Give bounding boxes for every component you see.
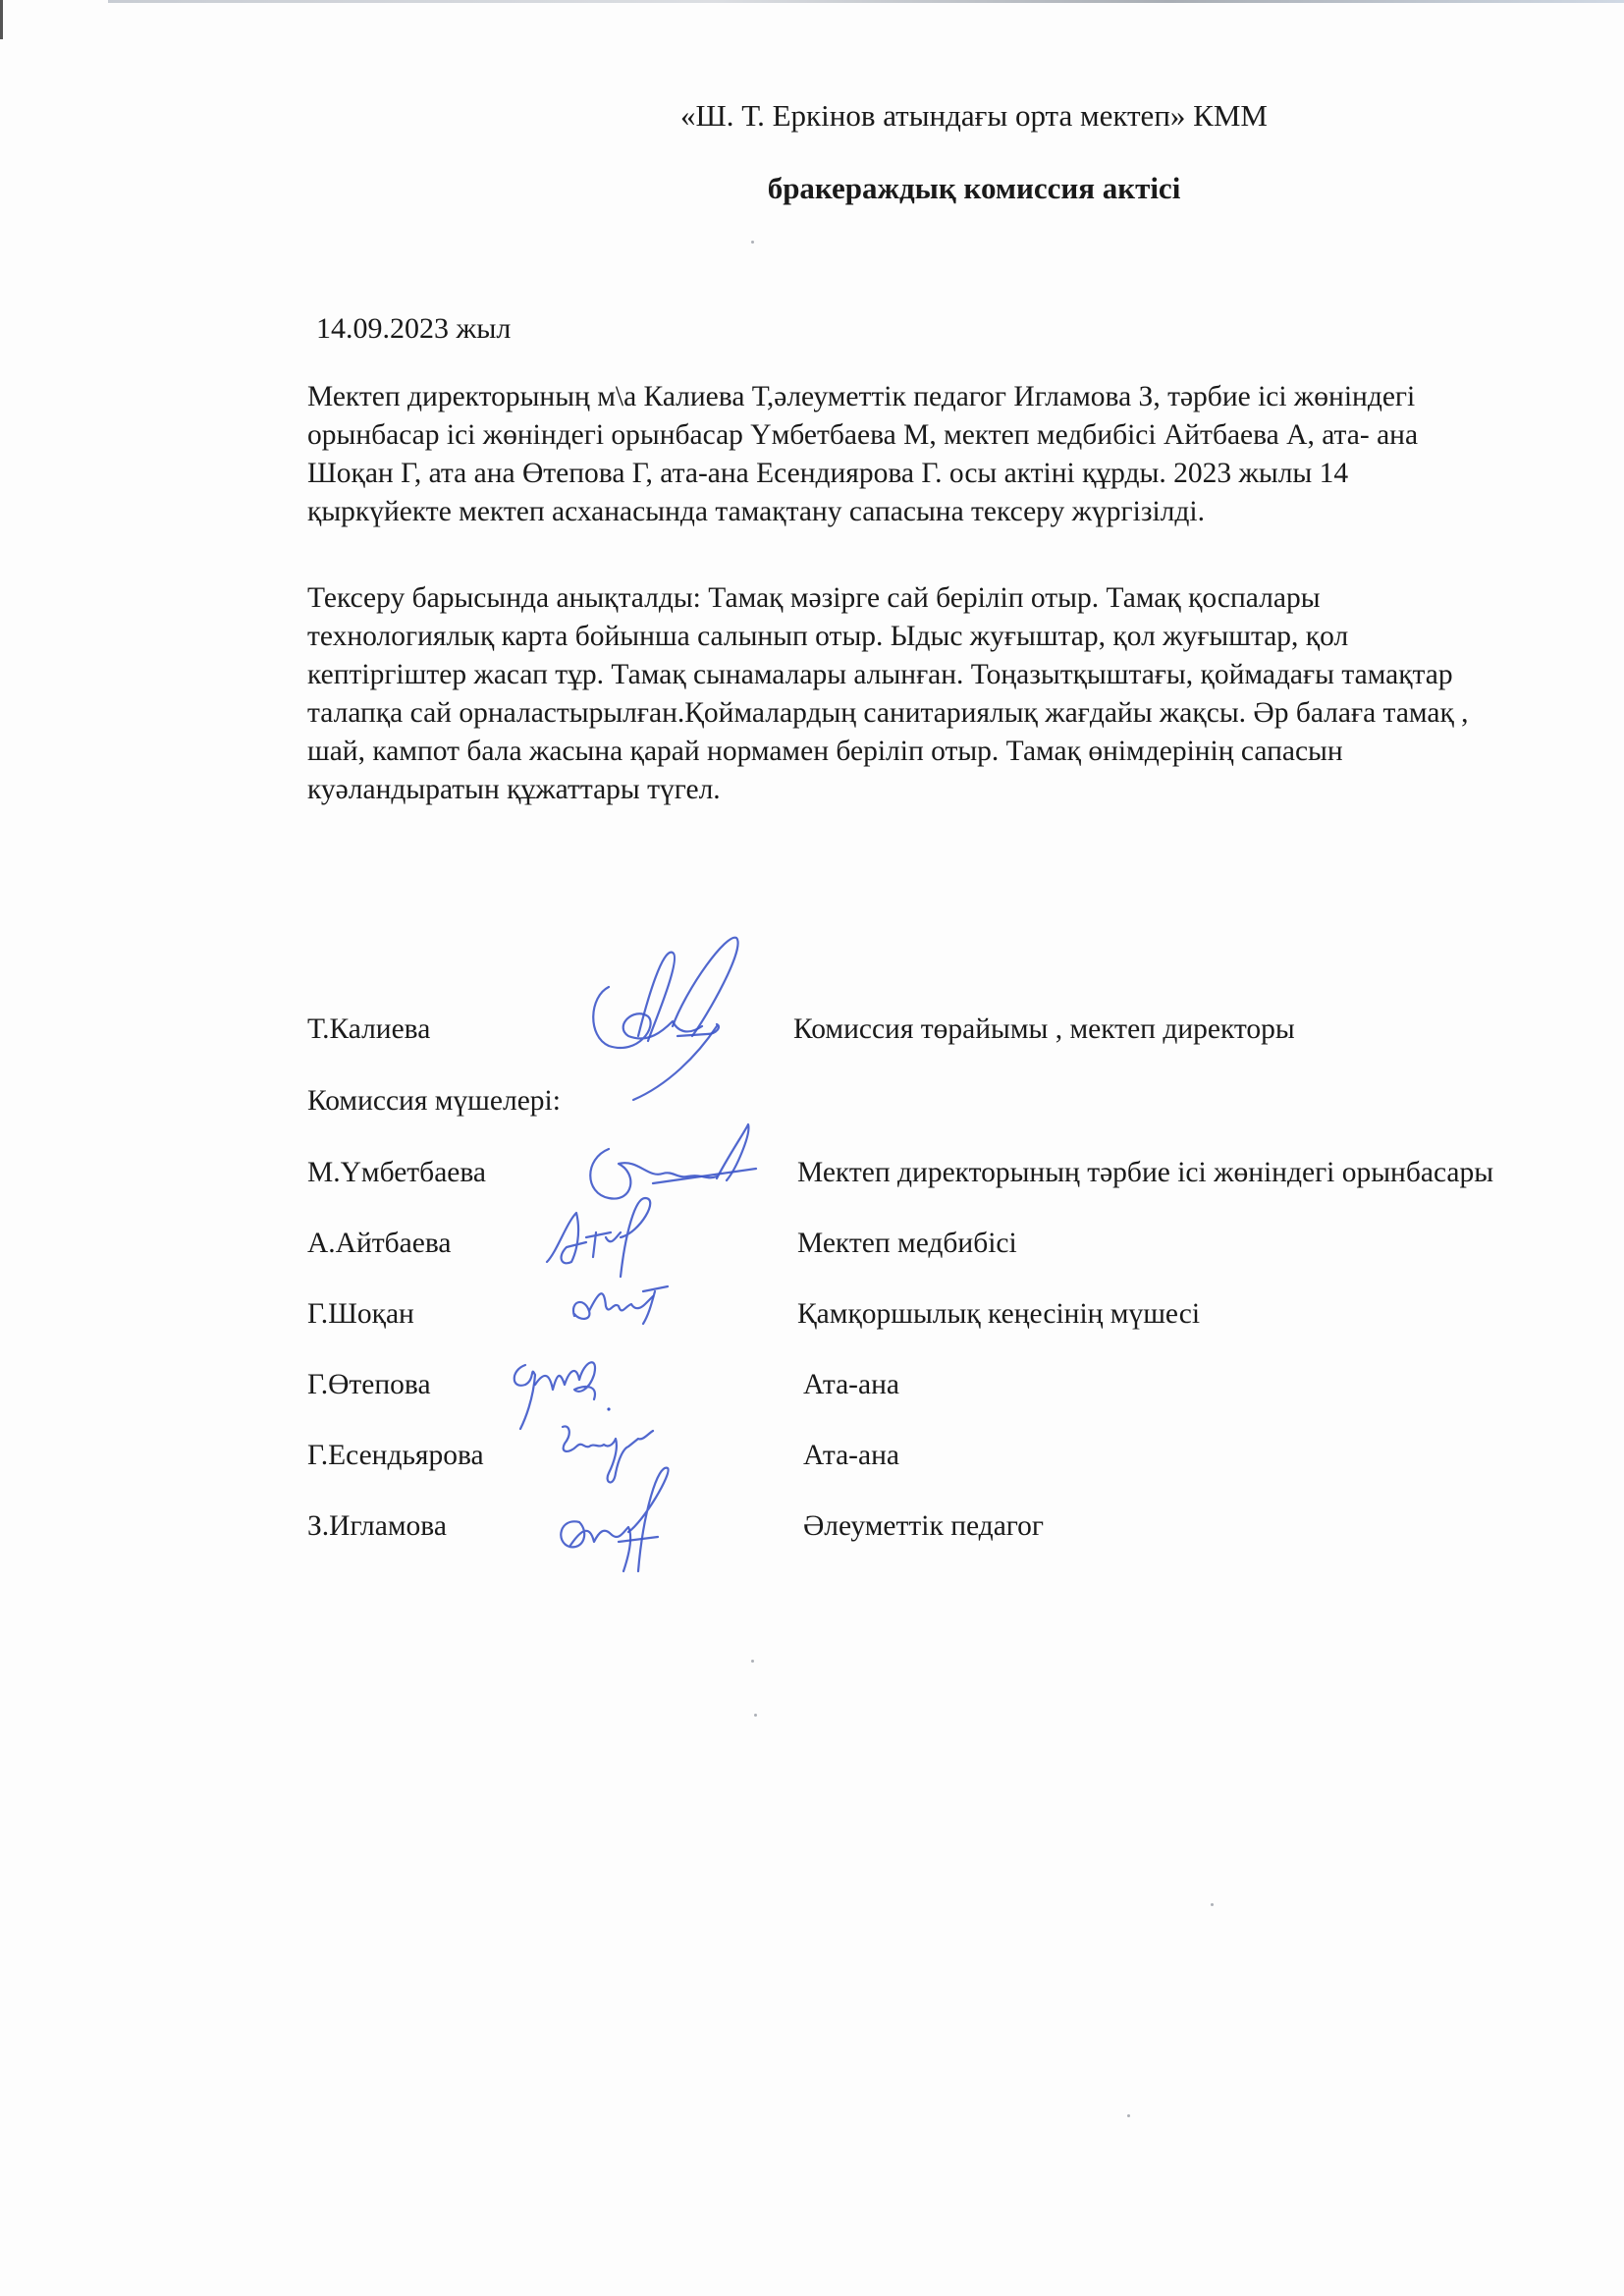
scan-edge-artifact <box>0 0 3 39</box>
member-role: Мектеп медбибісі <box>797 1228 1017 1260</box>
scan-speck <box>1211 1903 1214 1906</box>
signature-member <box>550 1463 687 1581</box>
scan-speck <box>751 241 754 244</box>
document-date: 14.09.2023 жыл <box>316 312 511 346</box>
document-title: бракераждық комиссия актісі <box>0 171 1624 206</box>
organization-title: «Ш. Т. Еркінов атындағы орта мектеп» КММ <box>0 98 1624 134</box>
paragraph-findings: Тексеру барысында анықталды: Тамақ мәзір… <box>307 579 1623 809</box>
text-line: куәландыратын құжаттары түгел. <box>307 771 1623 809</box>
text-line: қыркүйекте мектеп асханасында тамақтану … <box>307 493 1623 531</box>
handwritten-signature-icon <box>565 1277 673 1336</box>
member-name: Г.Өтепова <box>307 1369 431 1401</box>
scan-edge-artifact <box>108 0 1624 3</box>
text-line: талапқа сай орналастырылған.Қоймалардың … <box>307 694 1623 733</box>
member-name: А.Айтбаева <box>307 1228 452 1260</box>
member-role: Әлеуметтік педагог <box>803 1510 1044 1543</box>
member-name: М.Үмбетбаева <box>307 1157 486 1189</box>
scanned-page: «Ш. Т. Еркінов атындағы орта мектеп» КММ… <box>0 0 1624 2296</box>
chair-name: Т.Калиева <box>307 1013 430 1046</box>
member-role: Қамқоршылық кеңесінің мүшесі <box>797 1298 1200 1331</box>
text-line: орынбасар ісі жөніндегі орынбасар Үмбетб… <box>307 416 1623 455</box>
handwritten-signature-icon <box>550 1463 687 1581</box>
member-role: Ата-ана <box>803 1440 899 1472</box>
member-name: Г.Шоқан <box>307 1298 414 1331</box>
signature-chair <box>579 928 756 1105</box>
text-line: кептіргіштер жасап тұр. Тамақ сынамалары… <box>307 656 1623 694</box>
signature-member <box>565 1277 673 1336</box>
scan-speck <box>1127 2114 1130 2117</box>
text-line: Мектеп директорының м\а Калиева Т,әлеуме… <box>307 378 1623 416</box>
handwritten-signature-icon <box>579 928 756 1105</box>
scan-speck <box>751 1660 754 1663</box>
paragraph-commission: Мектеп директорының м\а Калиева Т,әлеуме… <box>307 378 1623 531</box>
handwritten-signature-icon <box>542 1193 670 1282</box>
signature-member <box>542 1193 670 1282</box>
member-role: Ата-ана <box>803 1369 899 1401</box>
text-line: технологиялық карта бойынша салынып отыр… <box>307 618 1623 656</box>
scan-speck <box>754 1714 757 1717</box>
members-label: Комиссия мүшелері: <box>307 1085 561 1118</box>
text-line: шай, кампот бала жасына қарай нормамен б… <box>307 733 1623 771</box>
member-role: Мектеп директорының тәрбие ісі жөніндегі… <box>797 1157 1493 1189</box>
text-line: Тексеру барысында анықталды: Тамақ мәзір… <box>307 579 1623 618</box>
member-name: Г.Есендьярова <box>307 1440 484 1472</box>
text-line: Шоқан Г, ата ана Өтепова Г, ата-ана Есен… <box>307 455 1623 493</box>
chair-role: Комиссия төрайымы , мектеп директоры <box>793 1013 1295 1046</box>
member-name: З.Игламова <box>307 1510 447 1543</box>
